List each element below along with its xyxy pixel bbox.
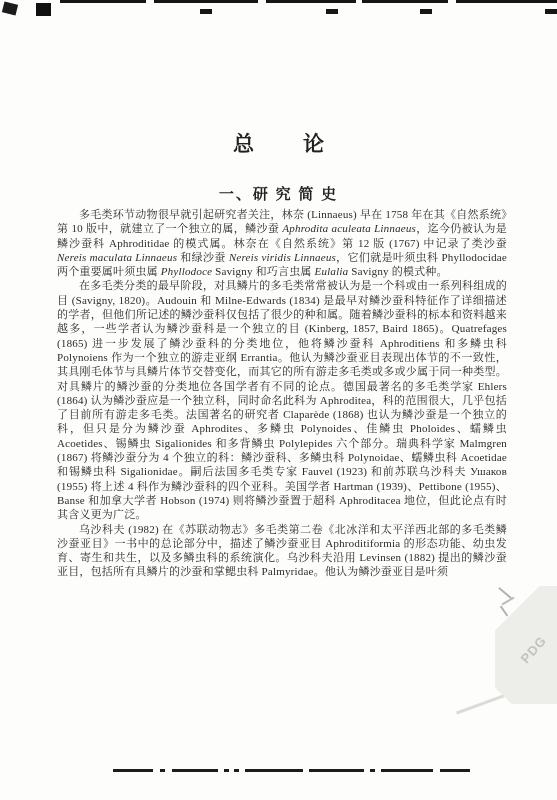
scan-artifact [309, 769, 364, 772]
scan-artifact [245, 769, 303, 772]
scan-artifact [224, 769, 229, 772]
scan-artifact [440, 769, 470, 772]
page-title: 总 论 [0, 128, 557, 158]
paragraph-3: 乌沙科夫 (1982) 在《苏联动物志》多毛类第二卷《北冰洋和太平洋西北部的多毛… [57, 523, 507, 580]
scan-artifact [160, 769, 165, 772]
scan-artifact [2, 1, 18, 15]
scan-artifact [266, 0, 356, 3]
scan-artifact [154, 0, 258, 3]
scan-artifact [36, 3, 51, 16]
scan-artifact [456, 0, 557, 3]
body-text: 多毛类环节动物很早就引起研究者关注，林奈 (Linnaeus) 早在 1758 … [57, 208, 507, 580]
scan-artifact [326, 9, 338, 14]
scan-artifact [113, 769, 153, 772]
scan-artifact [362, 0, 448, 3]
scan-smudge [500, 606, 509, 617]
scan-smudge [498, 587, 512, 599]
scan-smudge [456, 695, 504, 715]
scan-artifact [420, 9, 432, 14]
scanned-document-page: 总 论 一、研 究 简 史 多毛类环节动物很早就引起研究者关注，林奈 (Linn… [0, 0, 557, 800]
scan-artifact [60, 0, 146, 3]
paragraph-1: 多毛类环节动物很早就引起研究者关注，林奈 (Linnaeus) 早在 1758 … [57, 208, 507, 279]
section-heading: 一、研 究 简 史 [0, 183, 557, 204]
paragraph-2: 在多毛类分类的最早阶段，对具鳞片的多毛类常常被认为是一个科或由一系列科组成的目 … [57, 279, 507, 522]
scan-artifact [200, 9, 212, 14]
scan-artifact [370, 769, 375, 772]
scan-artifact [234, 769, 239, 772]
scan-smudge [501, 597, 514, 606]
pdg-watermark: PDG [495, 586, 557, 704]
scan-artifact [172, 769, 218, 772]
scan-artifact [545, 9, 557, 14]
scan-artifact [381, 769, 433, 772]
